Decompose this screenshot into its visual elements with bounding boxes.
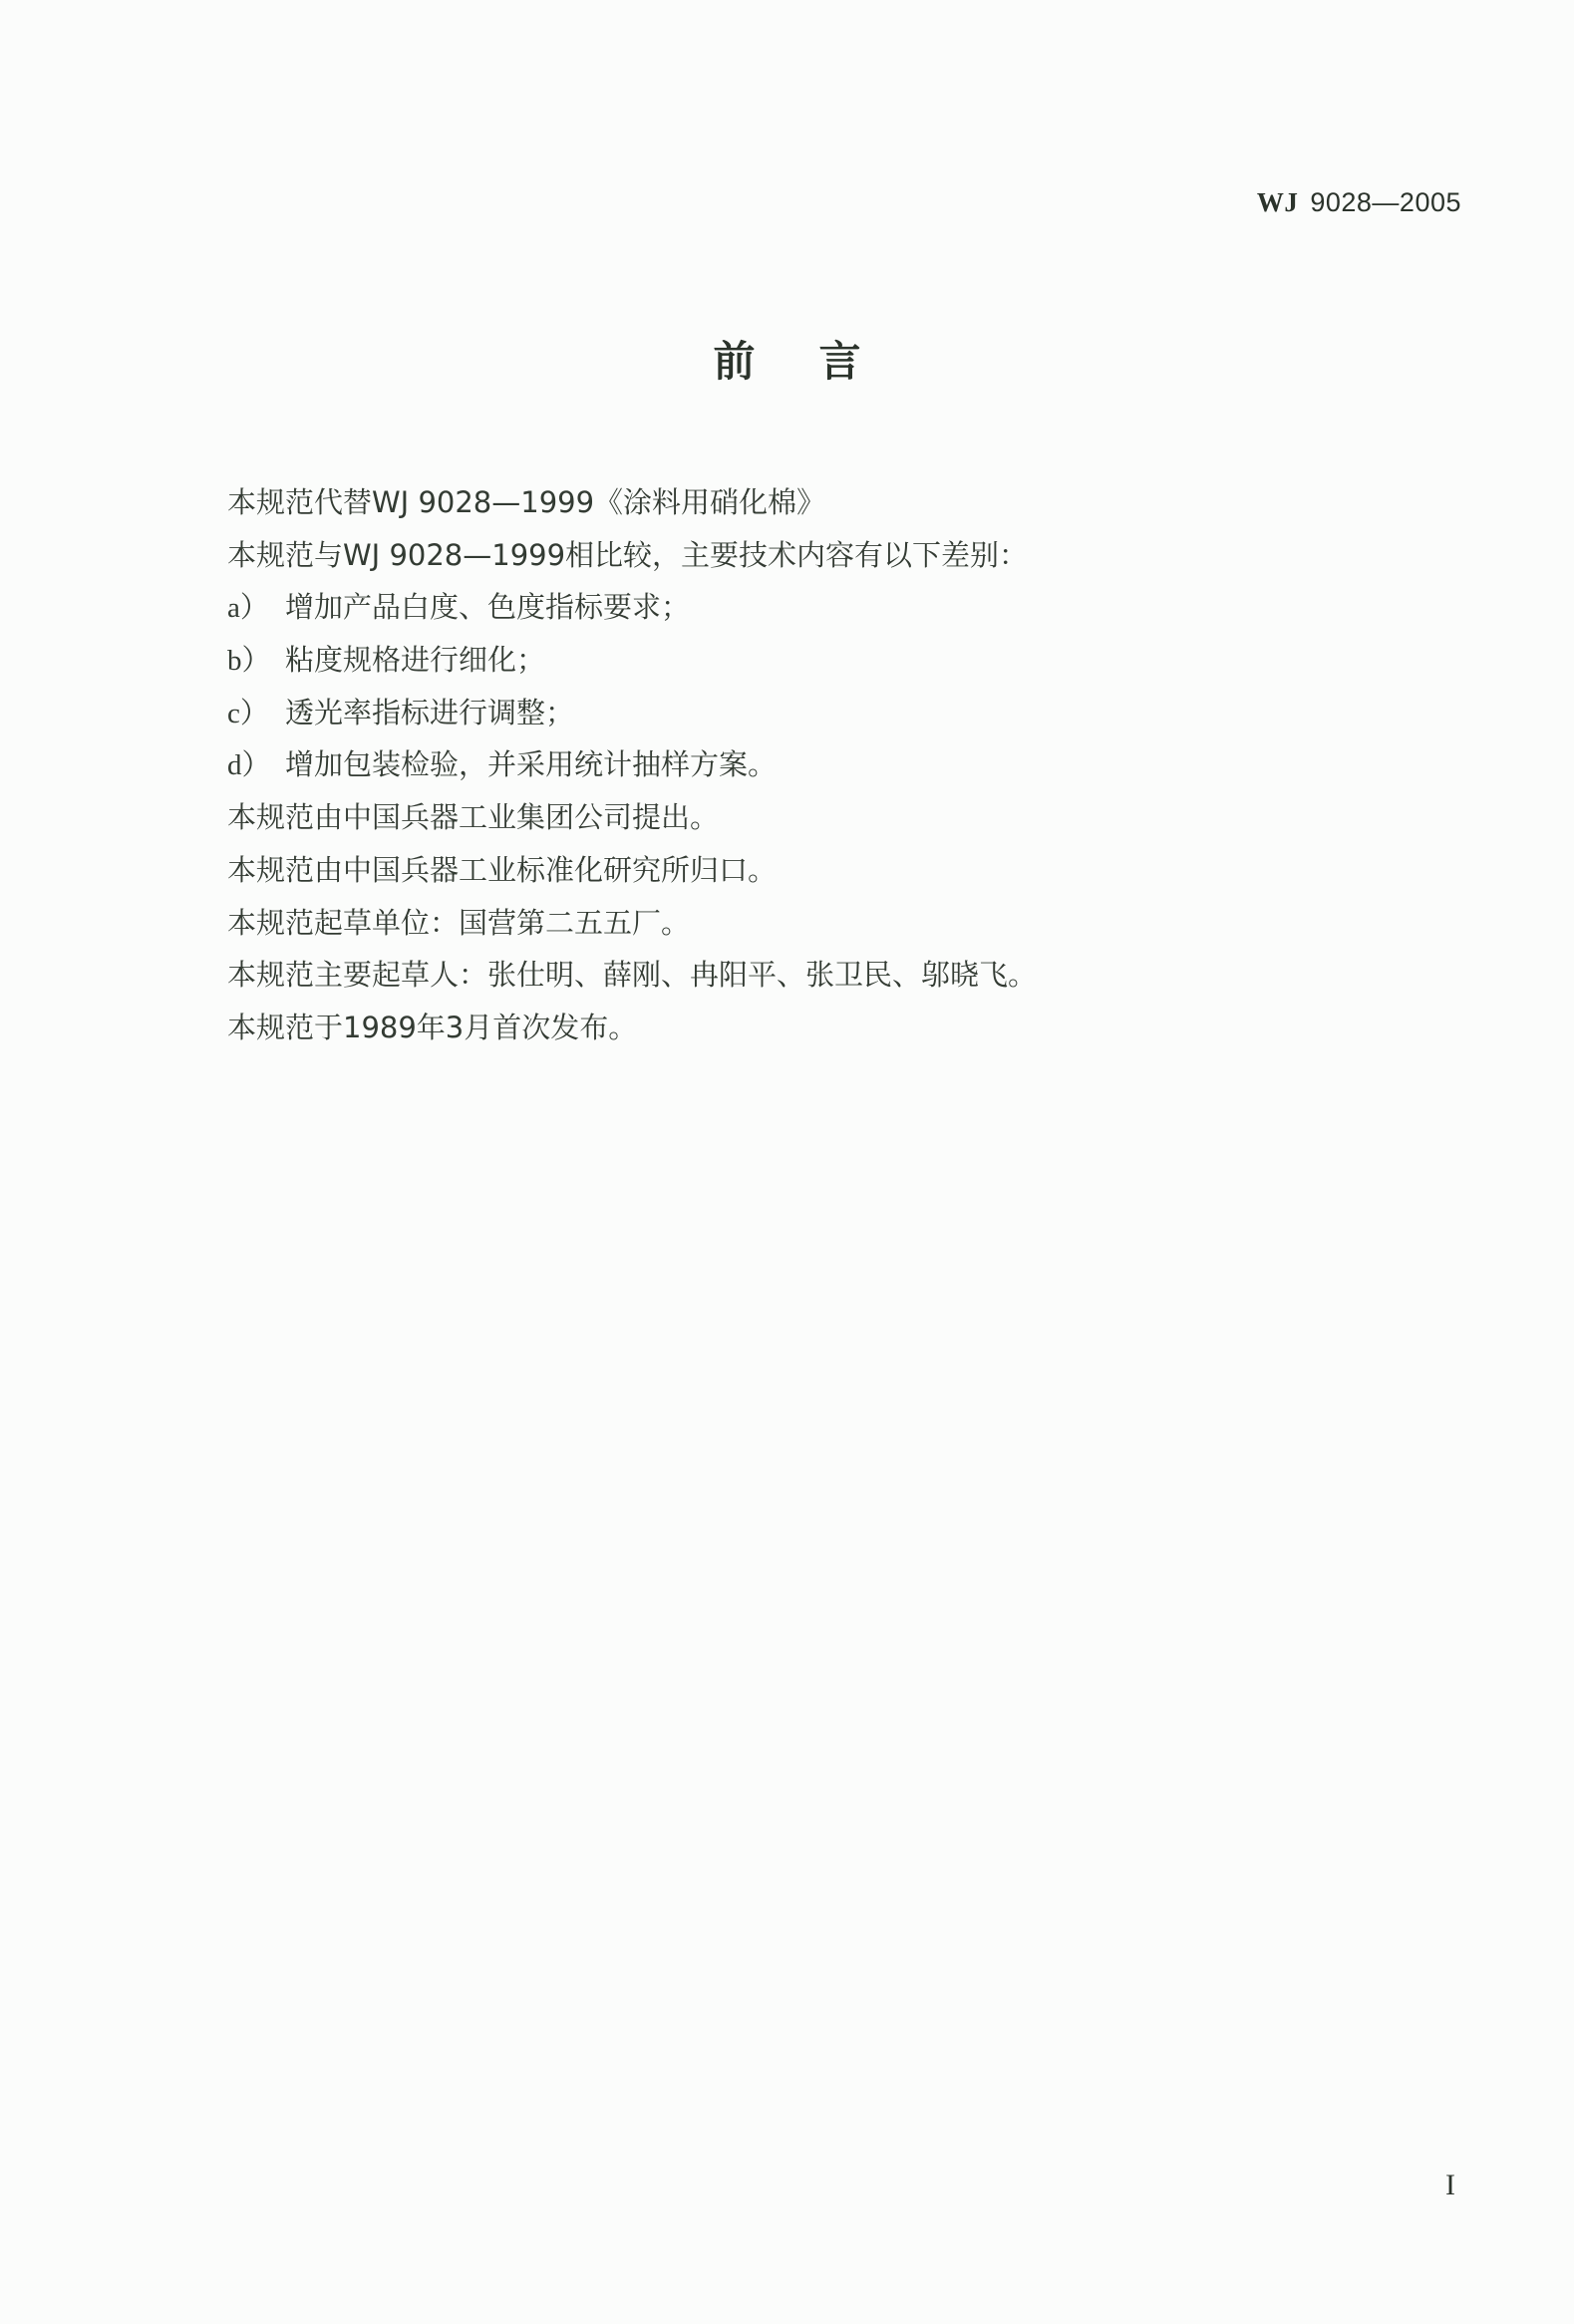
- list-item-text: 透光率指标进行调整；: [285, 696, 574, 729]
- foreword-body: 本规范代替WJ 9028—1999《涂料用硝化棉》 本规范与WJ 9028—19…: [227, 476, 1423, 1054]
- document-page: WJ9028—2005 前言 本规范代替WJ 9028—1999《涂料用硝化棉》…: [0, 0, 1574, 2324]
- list-item-c: c）透光率指标进行调整；: [227, 687, 1423, 739]
- list-item-label: d）: [227, 739, 285, 792]
- standard-prefix: WJ: [1257, 187, 1299, 217]
- list-item-b: b）粘度规格进行细化；: [227, 634, 1423, 687]
- list-item-d: d）增加包装检验，并采用统计抽样方案。: [227, 738, 1423, 791]
- paragraph-first-published: 本规范于1989年3月首次发布。: [227, 1002, 1423, 1054]
- list-item-text: 增加产品白度、色度指标要求；: [285, 590, 690, 624]
- list-item-text: 粘度规格进行细化；: [285, 643, 545, 677]
- page-number: I: [1445, 2169, 1455, 2202]
- standard-code-header: WJ9028—2005: [1257, 187, 1461, 218]
- list-item-a: a）增加产品白度、色度指标要求；: [227, 581, 1423, 634]
- paragraph-replaces: 本规范代替WJ 9028—1999《涂料用硝化棉》: [227, 476, 1423, 529]
- paragraph-proposed-by: 本规范由中国兵器工业集团公司提出。: [227, 791, 1423, 844]
- paragraph-centralized-by: 本规范由中国兵器工业标准化研究所归口。: [227, 844, 1423, 897]
- list-item-label: a）: [227, 582, 285, 635]
- standard-number: 9028—2005: [1310, 187, 1461, 217]
- paragraph-differences-intro: 本规范与WJ 9028—1999相比较，主要技术内容有以下差别：: [227, 529, 1423, 582]
- paragraph-drafting-unit: 本规范起草单位：国营第二五五厂。: [227, 897, 1423, 950]
- page-title: 前言: [0, 329, 1574, 389]
- list-item-label: c）: [227, 688, 285, 740]
- paragraph-drafters: 本规范主要起草人：张仕明、薛刚、冉阳平、张卫民、邬晓飞。: [227, 949, 1423, 1002]
- list-item-text: 增加包装检验，并采用统计抽样方案。: [285, 747, 777, 781]
- list-item-label: b）: [227, 635, 285, 688]
